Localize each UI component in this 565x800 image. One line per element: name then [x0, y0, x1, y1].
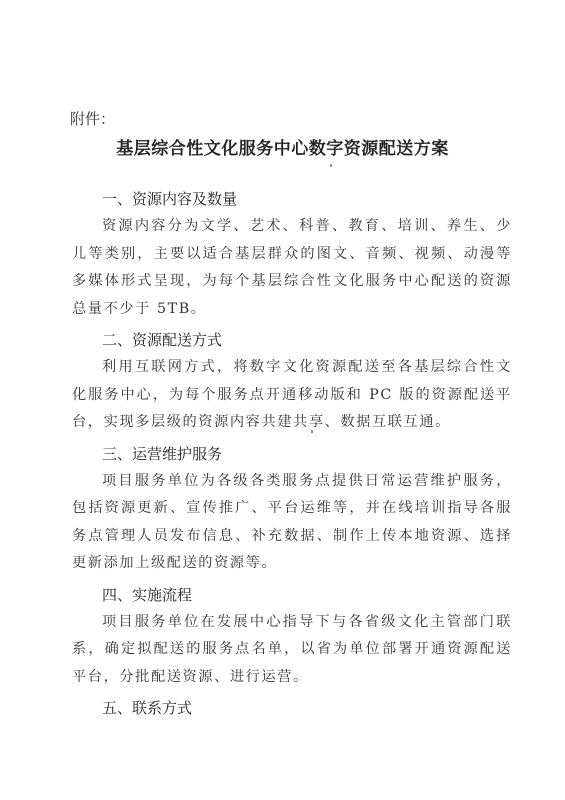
section-paragraph: 项目服务单位在发展中心指导下与各省级文化主管部门联系，确定拟配送的服务点名单，以… [72, 609, 512, 692]
section-3: 三、运营维护服务 项目服务单位为各级各类服务点提供日常运营维护服务，包括资源更新… [72, 441, 512, 578]
scan-speck [330, 164, 332, 167]
section-4: 四、实施流程 项目服务单位在发展中心指导下与各省级文化主管部门联系，确定拟配送的… [72, 582, 512, 692]
section-2: 二、资源配送方式 利用互联网方式，将数字文化资源配送至各基层综合性文化服务中心，… [72, 327, 512, 437]
section-paragraph: 资源内容分为文学、艺术、科普、教育、培训、养生、少儿等类别，主要以适合基层群众的… [72, 213, 512, 323]
document-page: 附件： 基层综合性文化服务中心数字资源配送方案 一、资源内容及数量 资源内容分为… [0, 0, 565, 800]
section-heading: 二、资源配送方式 [72, 327, 512, 354]
section-heading: 三、运营维护服务 [72, 441, 512, 468]
section-paragraph: 项目服务单位为各级各类服务点提供日常运营维护服务，包括资源更新、宣传推广、平台运… [72, 468, 512, 578]
section-paragraph: 利用互联网方式，将数字文化资源配送至各基层综合性文化服务中心，为每个服务点开通移… [72, 354, 512, 437]
section-heading: 五、联系方式 [72, 695, 512, 722]
section-1: 一、资源内容及数量 资源内容分为文学、艺术、科普、教育、培训、养生、少儿等类别，… [72, 186, 512, 323]
attachment-label: 附件： [70, 108, 115, 129]
section-heading: 一、资源内容及数量 [72, 186, 512, 213]
document-title: 基层综合性文化服务中心数字资源配送方案 [0, 134, 565, 159]
section-heading: 四、实施流程 [72, 582, 512, 609]
document-body: 一、资源内容及数量 资源内容分为文学、艺术、科普、教育、培训、养生、少儿等类别，… [72, 182, 512, 722]
section-5: 五、联系方式 [72, 695, 512, 722]
